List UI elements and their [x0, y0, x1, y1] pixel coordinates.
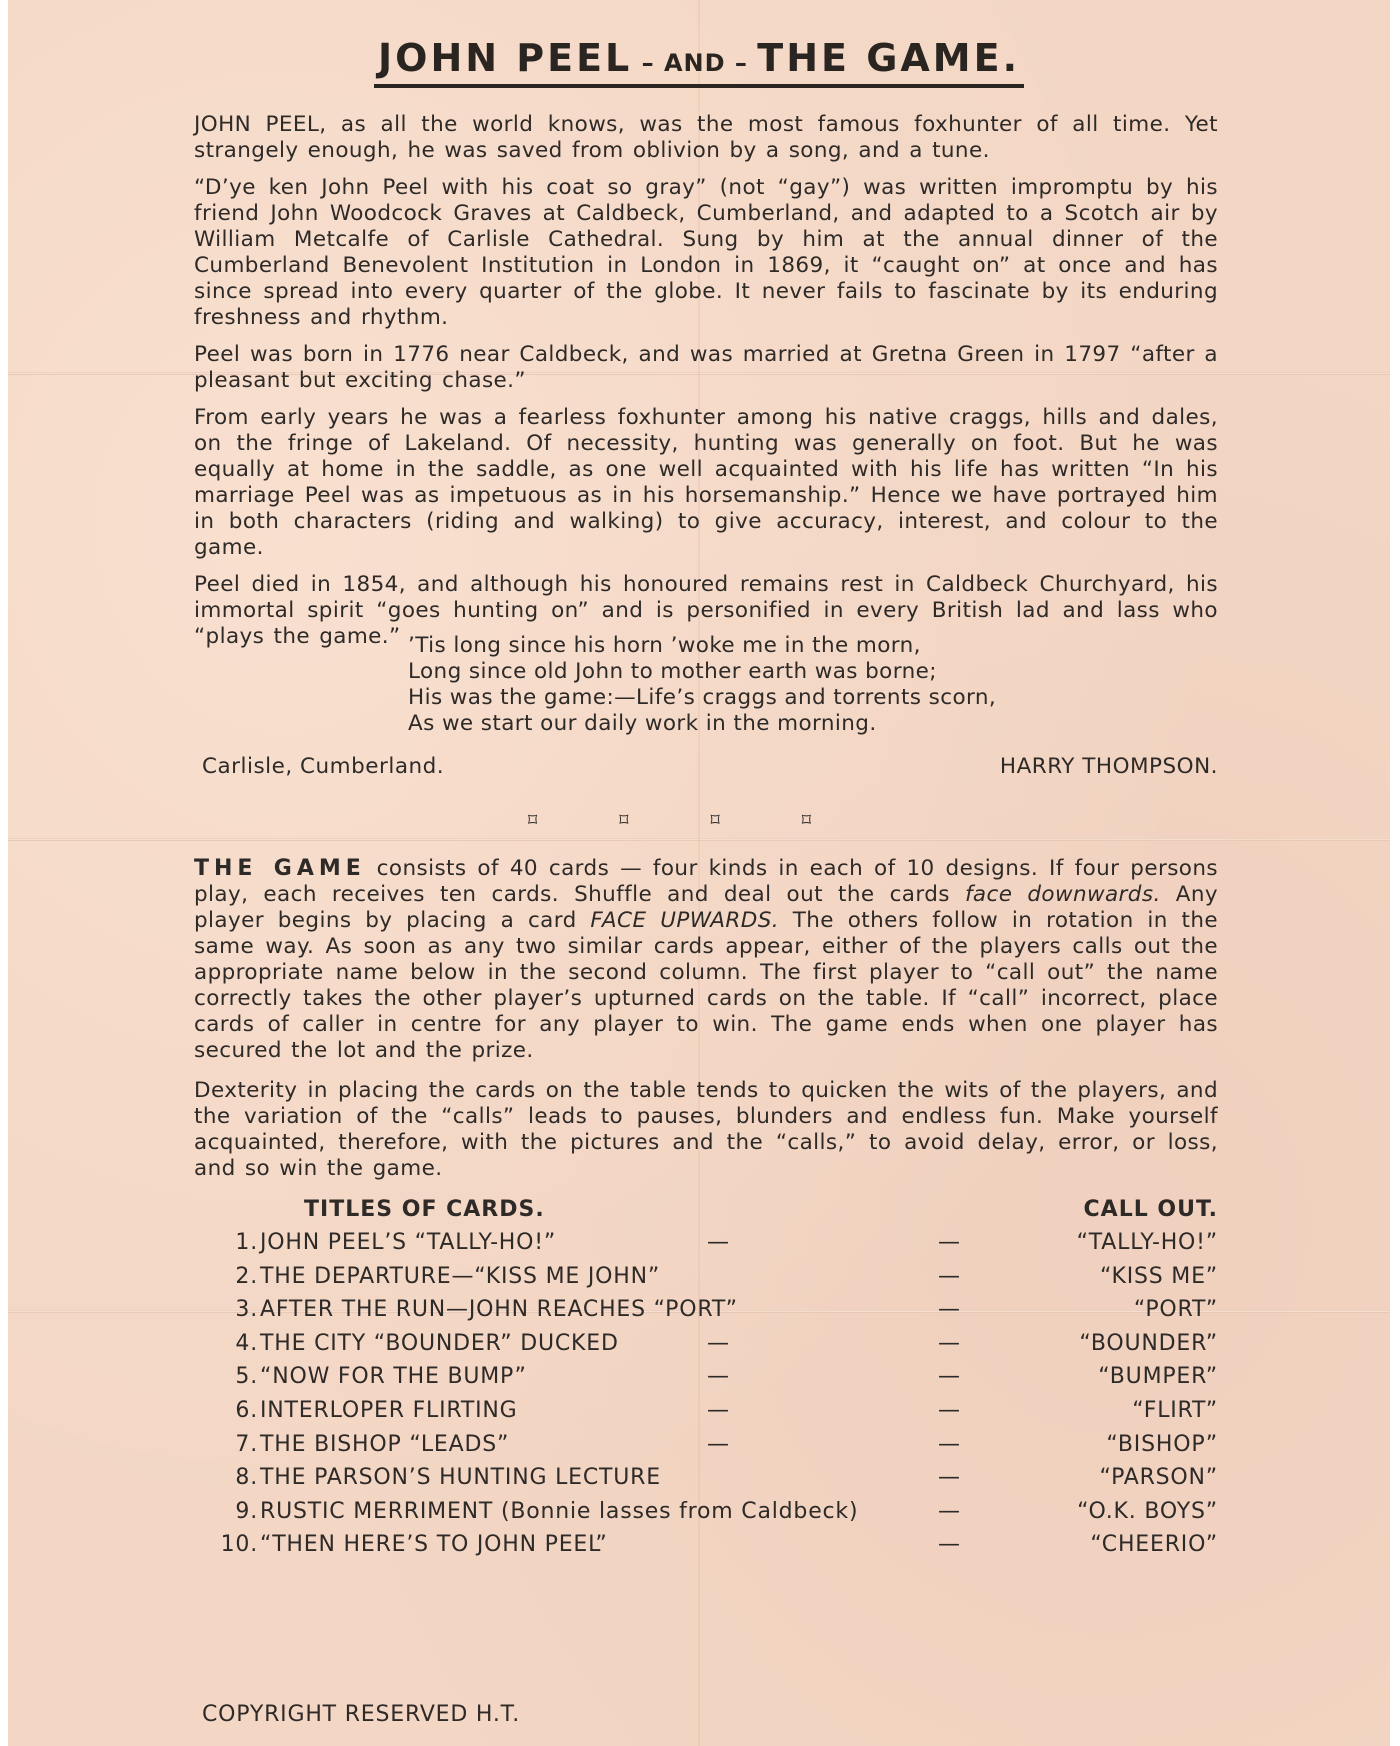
ornament-divider: ⌑ ⌑ ⌑ ⌑ [528, 810, 811, 831]
ornament-icon: ⌑ [711, 810, 720, 831]
dash-separator: — [938, 1264, 961, 1289]
table-row: 4.THE CITY “BOUNDER” DUCKED——“BOUNDER” [202, 1331, 1218, 1365]
card-title: THE BISHOP “LEADS” [260, 1432, 509, 1457]
signature-place: Carlisle, Cumberland. [202, 754, 444, 779]
card-call-out: “O.K. BOYS” [1077, 1499, 1218, 1524]
title-part1: JOHN PEEL [378, 36, 632, 80]
game-rules-paragraph: Dexterity in placing the cards on the ta… [194, 1078, 1218, 1182]
card-call-out: “BUMPER” [1098, 1364, 1218, 1389]
intro-section: JOHN PEEL, as all the world knows, was t… [194, 112, 1218, 661]
table-row: 1.JOHN PEEL’S “TALLY-HO!”——“TALLY-HO!” [202, 1230, 1218, 1264]
table-row: 9.RUSTIC MERRIMENT (Bonnie lasses from C… [202, 1499, 1218, 1533]
intro-paragraph: “D’ye ken John Peel with his coat so gra… [194, 175, 1218, 331]
card-number: 3. [235, 1297, 258, 1322]
verse-line: His was the game:—Life’s craggs and torr… [408, 685, 996, 711]
verse-line: ’Tis long since his horn ’woke me in the… [408, 633, 996, 659]
dash-separator: — [938, 1465, 961, 1490]
table-row: 10.“THEN HERE’S TO JOHN PEEL”—“CHEERIO” [202, 1532, 1218, 1566]
dash-separator: — [707, 1398, 730, 1423]
card-call-out: “KISS ME” [1100, 1264, 1218, 1289]
card-call-out: “FLIRT” [1132, 1398, 1218, 1423]
game-heading: THE GAME [194, 856, 366, 881]
verse-line: Long since old John to mother earth was … [408, 659, 996, 685]
card-title: RUSTIC MERRIMENT (Bonnie lasses from Cal… [260, 1499, 858, 1524]
header-titles-of-cards: TITLES OF CARDS. [304, 1197, 545, 1222]
document-title: JOHN PEEL – AND – THE GAME. [8, 36, 1390, 88]
verse-block: ’Tis long since his horn ’woke me in the… [408, 633, 996, 737]
card-title: THE DEPARTURE—“KISS ME JOHN” [260, 1264, 660, 1289]
card-call-out: “PORT” [1134, 1297, 1218, 1322]
intro-paragraph: Peel was born in 1776 near Caldbeck, and… [194, 342, 1218, 394]
rules-emphasis: FACE UPWARDS. [590, 908, 779, 933]
dash-separator: — [938, 1532, 961, 1557]
card-title: INTERLOPER FLIRTING [260, 1398, 518, 1423]
card-call-out: “PARSON” [1100, 1465, 1218, 1490]
card-title: “THEN HERE’S TO JOHN PEEL” [260, 1532, 608, 1557]
table-row: 8.THE PARSON’S HUNTING LECTURE—“PARSON” [202, 1465, 1218, 1499]
ornament-icon: ⌑ [528, 810, 537, 831]
dash-separator: — [938, 1499, 961, 1524]
dash-separator: — [938, 1398, 961, 1423]
card-title: THE PARSON’S HUNTING LECTURE [260, 1465, 661, 1490]
dash-separator: — [707, 1364, 730, 1389]
card-number: 7. [235, 1432, 258, 1457]
card-number: 4. [235, 1331, 258, 1356]
signature-author: HARRY THOMPSON. [1000, 754, 1218, 779]
rules-emphasis: face downwards. [965, 882, 1161, 907]
table-row: 2.THE DEPARTURE—“KISS ME JOHN”—“KISS ME” [202, 1264, 1218, 1298]
dash-separator: — [938, 1230, 961, 1255]
table-row: 3.AFTER THE RUN—JOHN REACHES “PORT”—“POR… [202, 1297, 1218, 1331]
card-title: “NOW FOR THE BUMP” [260, 1364, 527, 1389]
card-number: 1. [235, 1230, 258, 1255]
verse-line: As we start our daily work in the mornin… [408, 711, 996, 737]
intro-paragraph: JOHN PEEL, as all the world knows, was t… [194, 112, 1218, 164]
title-separator: – AND – [632, 49, 757, 77]
signature-row: Carlisle, Cumberland. HARRY THOMPSON. [202, 754, 1218, 779]
card-title: AFTER THE RUN—JOHN REACHES “PORT” [260, 1297, 738, 1322]
dash-separator: — [938, 1432, 961, 1457]
document-page: JOHN PEEL – AND – THE GAME. JOHN PEEL, a… [8, 0, 1390, 1746]
card-number: 8. [235, 1465, 258, 1490]
table-row: 7.THE BISHOP “LEADS”——“BISHOP” [202, 1432, 1218, 1466]
dash-separator: — [938, 1364, 961, 1389]
card-call-out: “TALLY-HO!” [1077, 1230, 1218, 1255]
game-rules-section: THE GAME consists of 40 cards — four kin… [194, 856, 1218, 1193]
ornament-icon: ⌑ [619, 810, 628, 831]
card-number: 5. [235, 1364, 258, 1389]
copyright-notice: COPYRIGHT RESERVED H.T. [202, 1702, 520, 1727]
ornament-icon: ⌑ [802, 810, 811, 831]
intro-paragraph: From early years he was a fearless foxhu… [194, 405, 1218, 561]
card-number: 2. [235, 1264, 258, 1289]
dash-separator: — [707, 1432, 730, 1457]
title-part2: THE GAME. [757, 36, 1020, 80]
cards-table: 1.JOHN PEEL’S “TALLY-HO!”——“TALLY-HO!”2.… [202, 1230, 1218, 1566]
dash-separator: — [938, 1331, 961, 1356]
card-title: THE CITY “BOUNDER” DUCKED [260, 1331, 619, 1356]
game-rules-paragraph: THE GAME consists of 40 cards — four kin… [194, 856, 1218, 1064]
table-row: 6.INTERLOPER FLIRTING——“FLIRT” [202, 1398, 1218, 1432]
dash-separator: — [938, 1297, 961, 1322]
card-number: 9. [235, 1499, 258, 1524]
card-call-out: “BISHOP” [1106, 1432, 1218, 1457]
dash-separator: — [707, 1230, 730, 1255]
card-number: 6. [235, 1398, 258, 1423]
header-call-out: CALL OUT. [1084, 1197, 1218, 1222]
table-row: 5.“NOW FOR THE BUMP”——“BUMPER” [202, 1364, 1218, 1398]
card-number: 10. [221, 1532, 258, 1557]
dash-separator: — [707, 1331, 730, 1356]
card-call-out: “CHEERIO” [1090, 1532, 1218, 1557]
card-title: JOHN PEEL’S “TALLY-HO!” [260, 1230, 556, 1255]
card-call-out: “BOUNDER” [1079, 1331, 1218, 1356]
